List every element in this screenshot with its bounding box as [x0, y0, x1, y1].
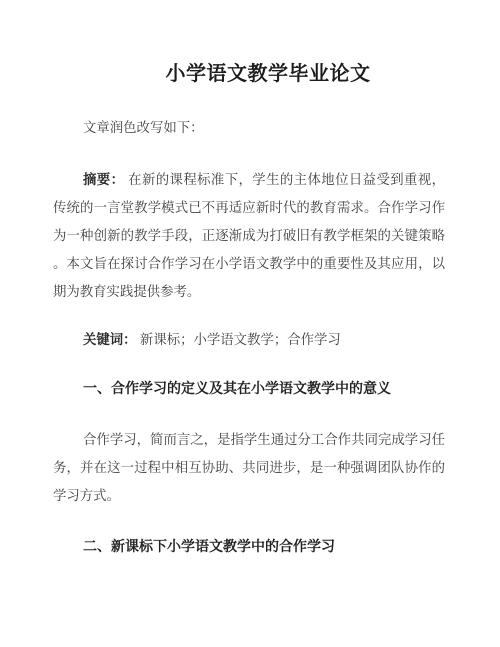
- section-1-heading: 一、合作学习的定义及其在小学语文教学中的意义: [53, 374, 445, 402]
- document-page: 小学语文教学毕业论文 文章润色改写如下： 摘要： 在新的课程标准下，学生的主体地…: [0, 0, 500, 647]
- section-2-heading: 二、新课标下小学语文教学中的合作学习: [53, 532, 445, 560]
- intro-line: 文章润色改写如下：: [53, 114, 445, 142]
- abstract-paragraph: 摘要： 在新的课程标准下，学生的主体地位日益受到重视，传统的一言堂教学模式已不再…: [53, 166, 445, 306]
- keywords-label: 关键词：: [83, 332, 137, 347]
- document-title: 小学语文教学毕业论文: [53, 60, 445, 88]
- abstract-text: 在新的课程标准下，学生的主体地位日益受到重视，传统的一言堂教学模式已不再适应新时…: [53, 172, 445, 299]
- keywords-text: 新课标；小学语文教学；合作学习: [140, 332, 341, 347]
- keywords-paragraph: 关键词： 新课标；小学语文教学；合作学习: [53, 326, 445, 354]
- abstract-label: 摘要：: [83, 172, 124, 187]
- section-1-body: 合作学习，简而言之，是指学生通过分工合作共同完成学习任务，并在这一过程中相互协助…: [53, 426, 445, 510]
